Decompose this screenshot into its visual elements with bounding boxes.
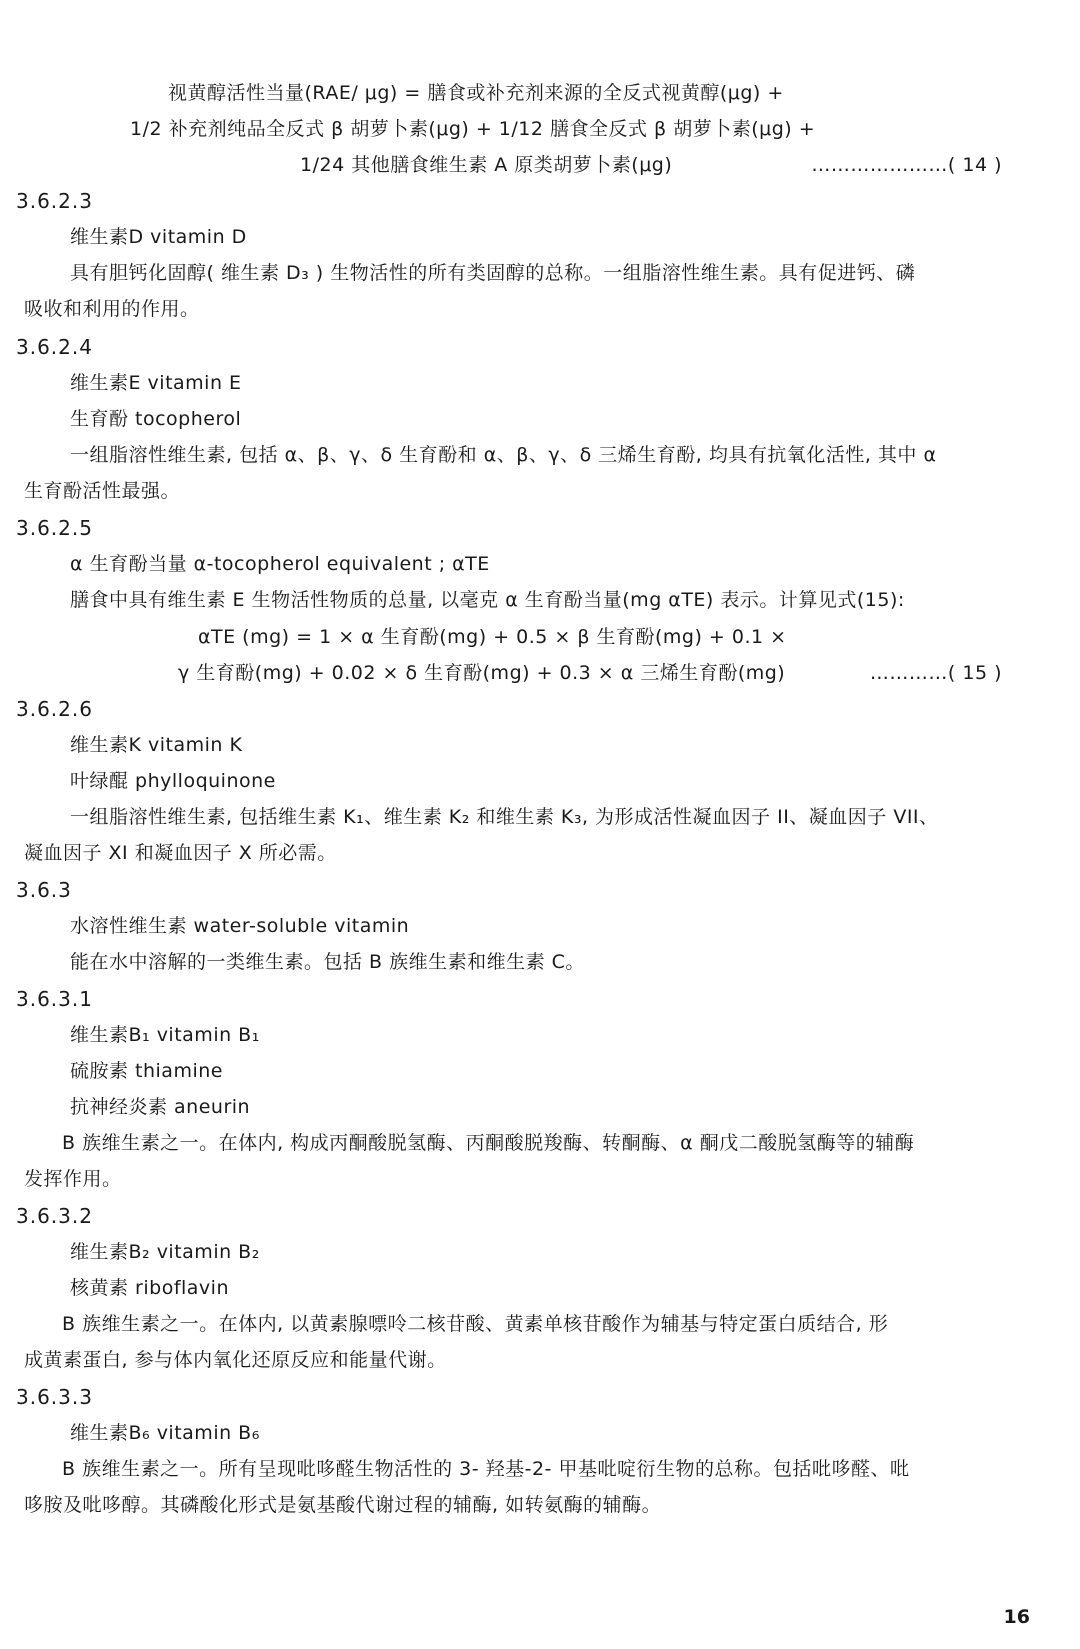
section-number: 3.6.2.5	[16, 515, 93, 541]
section-number: 3.6.3	[16, 877, 72, 903]
synonym-term: 核黄素 riboflavin	[70, 1275, 229, 1301]
definition-text: 哆胺及吡哆醇。其磷酸化形式是氨基酸代谢过程的辅酶, 如转氨酶的辅酶。	[24, 1492, 661, 1518]
definition-text: 生育酚活性最强。	[24, 478, 180, 504]
definition-text: 膳食中具有维生素 E 生物活性物质的总量, 以毫克 α 生育酚当量(mg αTE…	[70, 587, 905, 613]
definition-text: 能在水中溶解的一类维生素。包括 B 族维生素和维生素 C。	[70, 949, 585, 975]
section-number: 3.6.3.2	[16, 1203, 93, 1229]
term-heading: 水溶性维生素 water-soluble vitamin	[70, 913, 409, 939]
page-number: 16	[1004, 1606, 1030, 1628]
section-number: 3.6.2.4	[16, 334, 93, 360]
definition-text: 凝血因子 XI 和凝血因子 X 所必需。	[24, 840, 337, 866]
formula-15-line-1: αTE (mg) = 1 × α 生育酚(mg) + 0.5 × β 生育酚(m…	[198, 624, 787, 650]
synonym-term: 硫胺素 thiamine	[70, 1058, 223, 1084]
term-heading: 维生素K vitamin K	[70, 732, 242, 758]
definition-text: B 族维生素之一。在体内, 以黄素腺嘌呤二核苷酸、黄素单核苷酸作为辅基与特定蛋白…	[62, 1311, 888, 1337]
synonym-term: 叶绿醌 phylloquinone	[70, 768, 276, 794]
definition-text: 吸收和利用的作用。	[24, 296, 200, 322]
definition-text: 发挥作用。	[24, 1166, 122, 1192]
term-heading: 维生素B₁ vitamin B₁	[70, 1022, 260, 1048]
term-heading: 维生素E vitamin E	[70, 370, 242, 396]
definition-text: 成黄素蛋白, 参与体内氧化还原反应和能量代谢。	[24, 1347, 447, 1373]
synonym-term: 生育酚 tocopherol	[70, 406, 241, 432]
formula-14-line-3: 1/24 其他膳食维生素 A 原类胡萝卜素(μg)	[300, 152, 672, 178]
definition-text: B 族维生素之一。在体内, 构成丙酮酸脱氢酶、丙酮酸脱羧酶、转酮酶、α 酮戊二酸…	[62, 1130, 914, 1156]
formula-15-ref: …………( 15 )	[870, 660, 1002, 686]
formula-15-line-2: γ 生育酚(mg) + 0.02 × δ 生育酚(mg) + 0.3 × α 三…	[178, 660, 785, 686]
term-heading: 维生素B₂ vitamin B₂	[70, 1239, 260, 1265]
section-number: 3.6.3.3	[16, 1384, 93, 1410]
synonym-term: 抗神经炎素 aneurin	[70, 1094, 250, 1120]
term-heading: 维生素B₆ vitamin B₆	[70, 1420, 260, 1446]
term-heading: α 生育酚当量 α-tocopherol equivalent ; αTE	[70, 551, 490, 577]
section-number: 3.6.3.1	[16, 986, 93, 1012]
definition-text: B 族维生素之一。所有呈现吡哆醛生物活性的 3- 羟基-2- 甲基吡啶衍生物的总…	[62, 1456, 909, 1482]
formula-14-ref: …………………( 14 )	[811, 152, 1002, 178]
document-page: 视黄醇活性当量(RAE/ μg) = 膳食或补充剂来源的全反式视黄醇(μg) +…	[0, 0, 1080, 1649]
section-number: 3.6.2.6	[16, 696, 93, 722]
definition-text: 具有胆钙化固醇( 维生素 D₃ ) 生物活性的所有类固醇的总称。一组脂溶性维生素…	[70, 260, 915, 286]
definition-text: 一组脂溶性维生素, 包括维生素 K₁、维生素 K₂ 和维生素 K₃, 为形成活性…	[70, 804, 939, 830]
term-heading: 维生素D vitamin D	[70, 224, 247, 250]
formula-14-line-1: 视黄醇活性当量(RAE/ μg) = 膳食或补充剂来源的全反式视黄醇(μg) +	[168, 80, 784, 106]
formula-14-line-2: 1/2 补充剂纯品全反式 β 胡萝卜素(μg) + 1/12 膳食全反式 β 胡…	[130, 116, 815, 142]
definition-text: 一组脂溶性维生素, 包括 α、β、γ、δ 生育酚和 α、β、γ、δ 三烯生育酚,…	[70, 442, 937, 468]
section-number: 3.6.2.3	[16, 188, 93, 214]
